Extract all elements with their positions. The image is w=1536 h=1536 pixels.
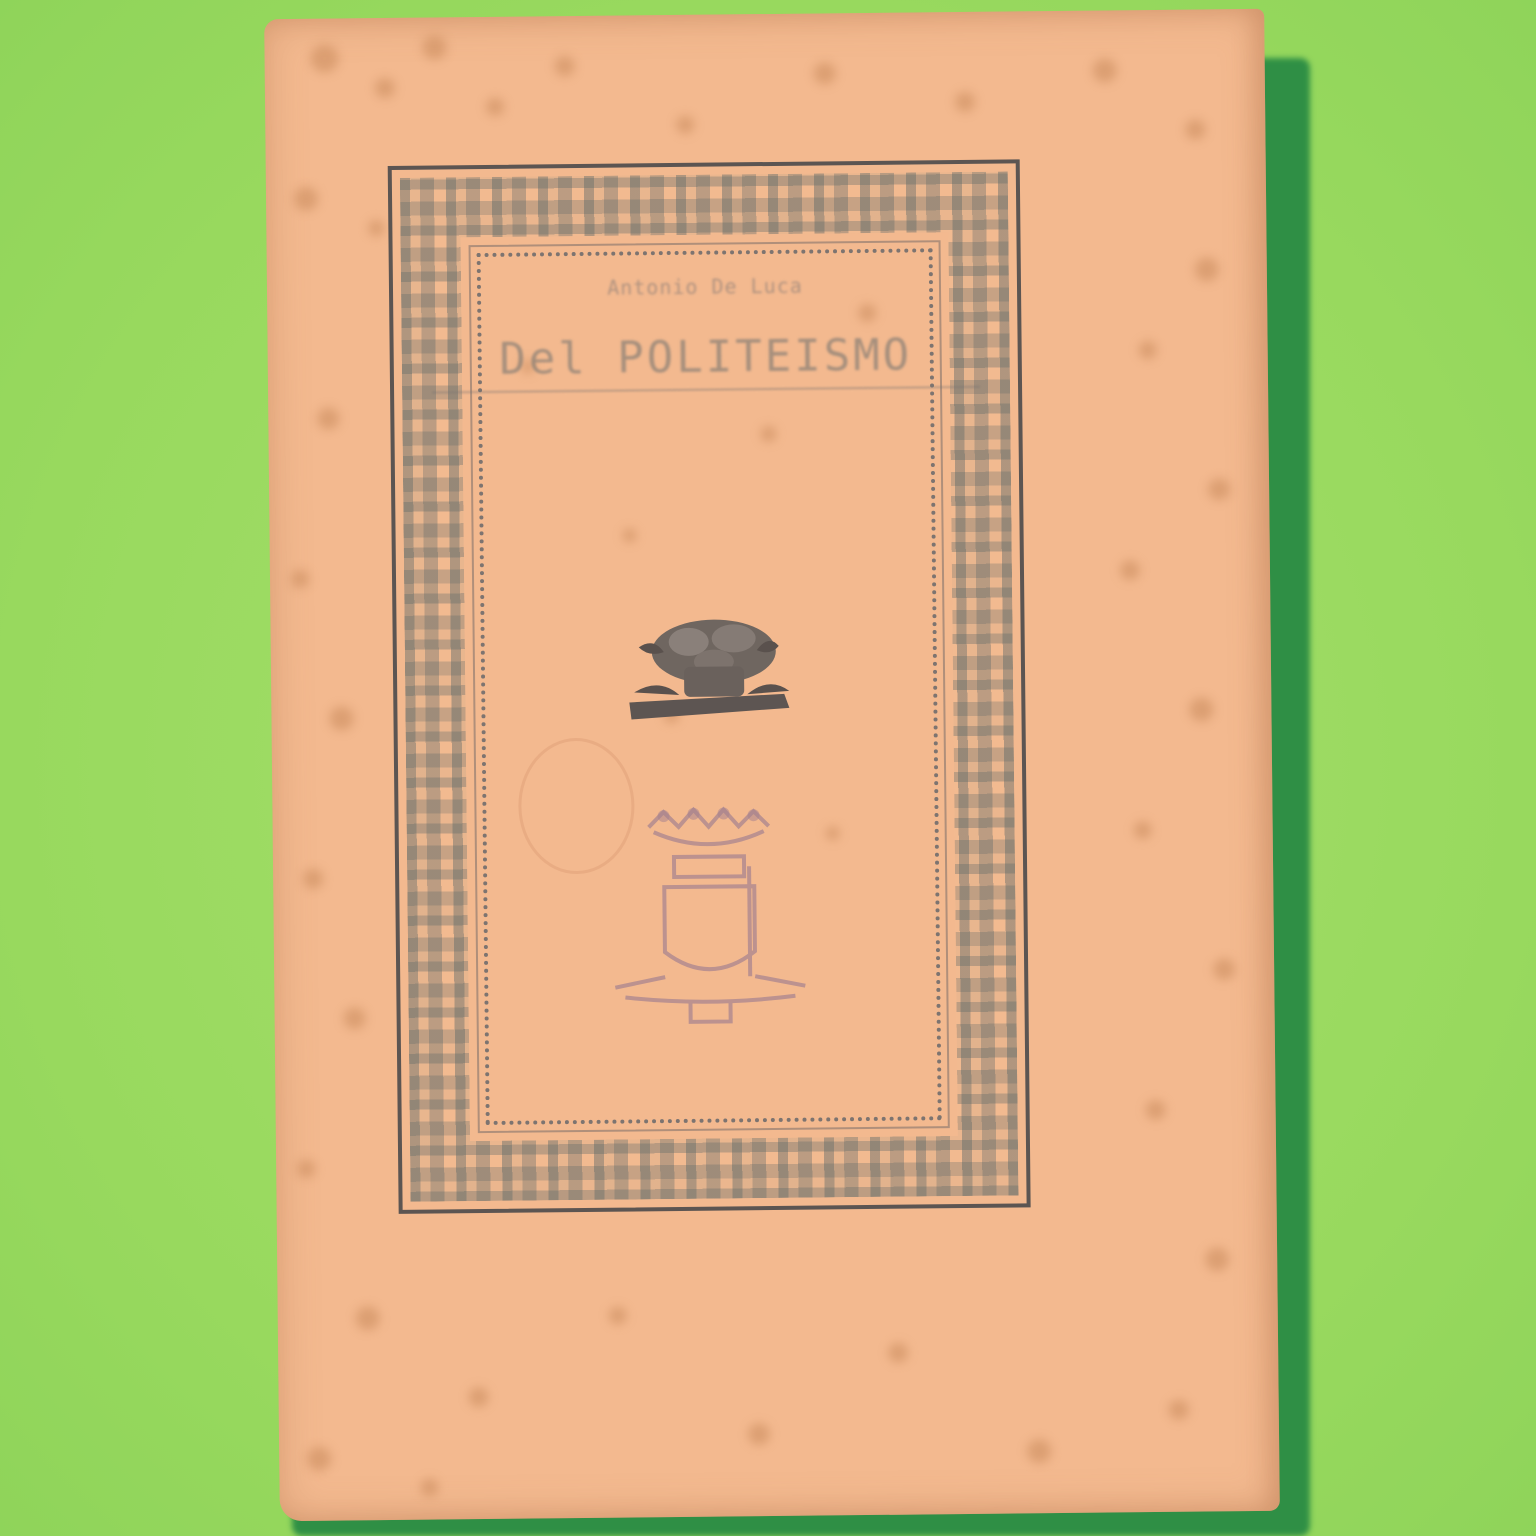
book-title: Del POLITEISMO — [413, 329, 998, 386]
potted-plant-vignette-icon — [618, 606, 799, 728]
crowned-coat-of-arms-stamp-icon — [603, 801, 815, 1033]
ornamental-border: Antonio De Luca Del POLITEISMO — [388, 159, 1031, 1214]
book-cover: Antonio De Luca Del POLITEISMO — [264, 9, 1280, 1521]
